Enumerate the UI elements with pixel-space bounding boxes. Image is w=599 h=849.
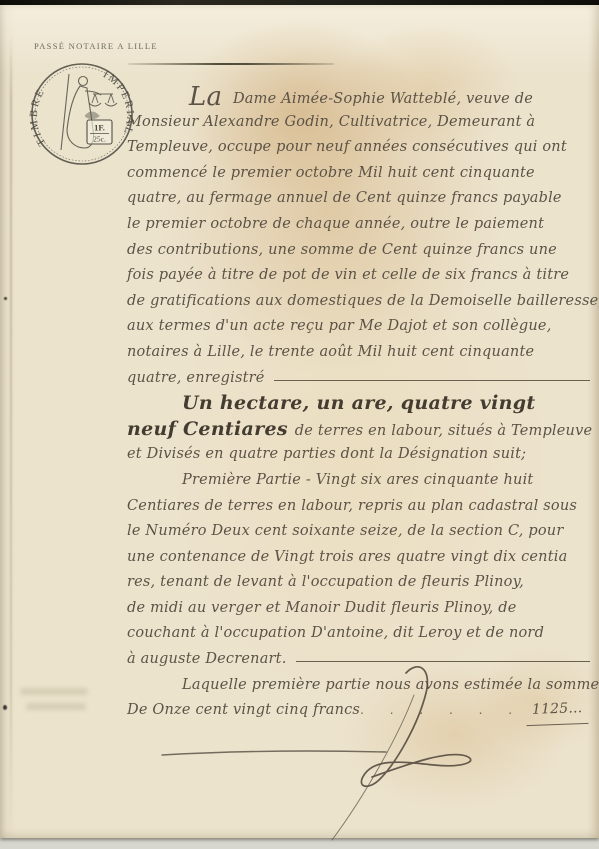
signature-flourish (148, 665, 483, 845)
manuscript-line: une contenance de Vingt trois ares quatr… (127, 545, 590, 571)
manuscript-line: couchant à l'occupation D'antoine, dit L… (127, 621, 590, 647)
script-text: des contributions, une somme de Cent qui… (127, 242, 557, 258)
manuscript-line: quatre, enregistré (127, 366, 590, 392)
manuscript-line: Centiares de terres en labour, repris au… (127, 494, 590, 520)
manuscript-line: des contributions, une somme de Cent qui… (127, 238, 590, 264)
aged-paper-page: PASSÉ NOTAIRE A LILLE TIMBRE IMPERIAL (0, 5, 599, 838)
script-text: Dame Aimée-Sophie Watteblé, veuve de (228, 91, 533, 107)
script-text: le premier octobre de chaque année, outr… (127, 216, 544, 232)
manuscript-line: Templeuve, occupe pour neuf années consé… (127, 135, 590, 161)
ink-speck (4, 297, 7, 300)
script-text: quatre, au fermage annuel de Cent quinze… (127, 190, 562, 206)
manuscript-text-block: La Dame Aimée-Sophie Watteblé, veuve deM… (127, 84, 590, 724)
script-text: et Divisés en quatre parties dont la Dés… (127, 446, 526, 462)
showthrough-mark (20, 688, 88, 695)
manuscript-line: de gratifications aux domestiques de la … (127, 289, 590, 315)
manuscript-line: le premier octobre de chaque année, outr… (127, 212, 590, 238)
manuscript-line: le Numéro Deux cent soixante seize, de l… (127, 519, 590, 545)
script-text: de midi au verger et Manoir Dudit fleuri… (127, 600, 517, 616)
top-flourish-rule (128, 63, 334, 65)
manuscript-line: res, tenant de levant à l'occupation de … (127, 570, 590, 596)
script-text: une contenance de Vingt trois ares quatr… (127, 549, 567, 565)
notary-overprint-text: PASSÉ NOTAIRE A LILLE (34, 41, 158, 51)
script-text: Centiares de terres en labour, repris au… (127, 498, 577, 514)
paper-crease (10, 35, 12, 830)
manuscript-line: Un hectare, un are, quatre vingt (127, 391, 590, 417)
document-photo: { "stamp_area": { "overprint": "PASSÉ NO… (0, 0, 599, 849)
manuscript-line: quatre, au fermage annuel de Cent quinze… (127, 186, 590, 212)
script-text: de terres en labour, situés à Templeuve (295, 423, 593, 439)
ink-speck (3, 705, 7, 710)
script-text: res, tenant de levant à l'occupation de … (127, 574, 524, 590)
manuscript-line: Monsieur Alexandre Godin, Cultivatrice, … (127, 110, 590, 136)
script-text: notaires à Lille, le trente août Mil hui… (127, 344, 534, 360)
script-text: de gratifications aux domestiques de la … (127, 293, 599, 309)
script-text: aux termes d'un acte reçu par Me Dajot e… (127, 318, 552, 334)
script-text: Monsieur Alexandre Godin, Cultivatrice, … (127, 114, 535, 130)
inked-rule (274, 380, 590, 381)
manuscript-line: et Divisés en quatre parties dont la Dés… (127, 442, 590, 468)
emphasized-script: neuf Centiares (127, 418, 295, 440)
script-text: le Numéro Deux cent soixante seize, de l… (127, 523, 563, 539)
amount-value: 1125... (525, 696, 588, 726)
value-tablet: 1F. 25c. (87, 120, 112, 144)
script-text: quatre, enregistré (127, 366, 265, 392)
script-text: couchant à l'occupation D'antoine, dit L… (127, 625, 544, 641)
calligraphic-initial: La (189, 82, 222, 112)
svg-text:TIMBRE: TIMBRE (28, 86, 49, 148)
manuscript-line: de midi au verger et Manoir Dudit fleuri… (127, 596, 590, 622)
inked-rule (296, 661, 590, 662)
imperial-revenue-stamp: TIMBRE IMPERIAL 1F. 25c. (27, 58, 137, 170)
stamp-value-centimes: 25c. (93, 135, 106, 144)
manuscript-line: La Dame Aimée-Sophie Watteblé, veuve de (127, 84, 590, 110)
stamp-value-franc: 1F. (94, 123, 105, 133)
script-text: commencé le premier octobre Mil huit cen… (127, 165, 535, 181)
emphasized-script: Un hectare, un are, quatre vingt (182, 392, 535, 414)
manuscript-line: commencé le premier octobre Mil huit cen… (127, 161, 590, 187)
script-text: Templeuve, occupe pour neuf années consé… (127, 139, 567, 155)
script-text: Première Partie - Vingt six ares cinquan… (182, 472, 533, 488)
stamp-arc-left-label: TIMBRE (28, 86, 49, 148)
eagle-icon (85, 112, 99, 119)
manuscript-line: neuf Centiares de terres en labour, situ… (127, 417, 590, 443)
manuscript-line: Première Partie - Vingt six ares cinquan… (127, 468, 590, 494)
manuscript-line: aux termes d'un acte reçu par Me Dajot e… (127, 314, 590, 340)
manuscript-line: notaires à Lille, le trente août Mil hui… (127, 340, 590, 366)
showthrough-mark (26, 703, 86, 710)
script-text: fois payée à titre de pot de vin et cell… (127, 267, 569, 283)
scales-icon (89, 94, 117, 106)
manuscript-line: fois payée à titre de pot de vin et cell… (127, 263, 590, 289)
